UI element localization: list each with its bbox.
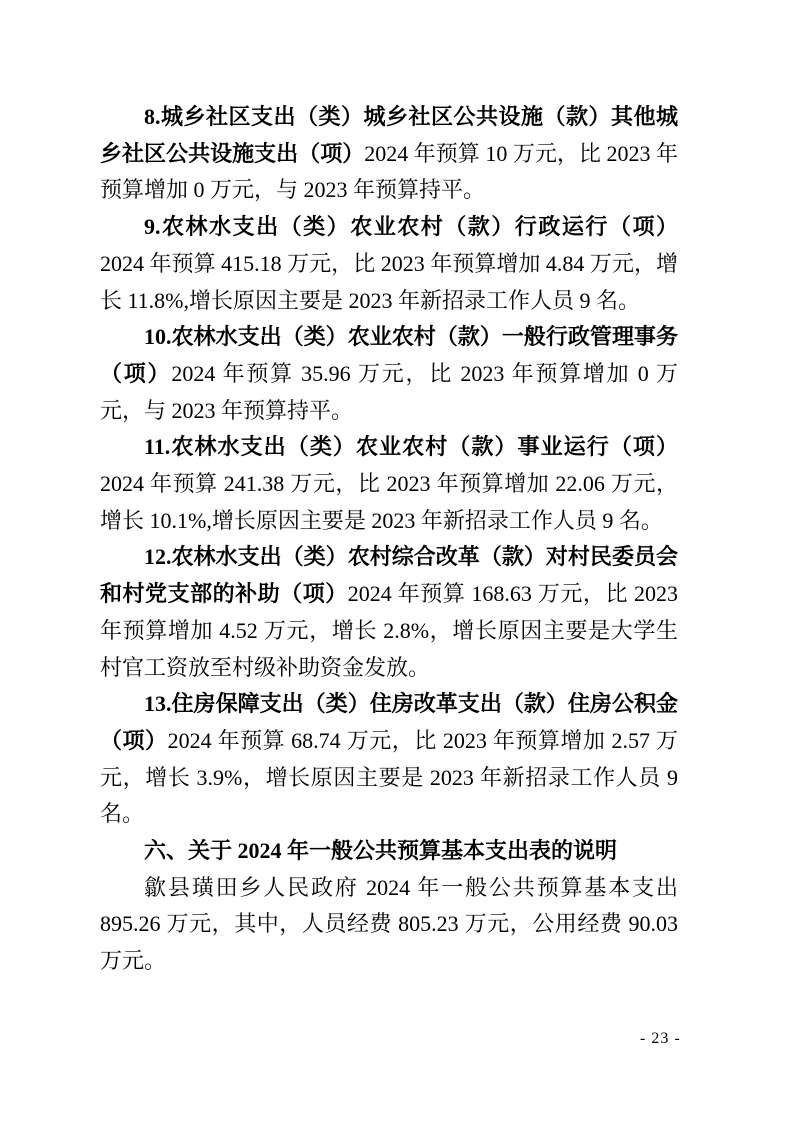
budget-item-title: 11.农林水支出（类）农业农村（款）事业运行（项） xyxy=(144,434,678,459)
page-number: - 23 - xyxy=(640,1028,681,1050)
budget-item-paragraph: 8.城乡社区支出（类）城乡社区公共设施（款）其他城乡社区公共设施支出（项）202… xyxy=(100,99,678,209)
budget-item-paragraph: 12.农林水支出（类）农村综合改革（款）对村民委员会和村党支部的补助（项）202… xyxy=(100,539,678,686)
budget-item-paragraphs: 8.城乡社区支出（类）城乡社区公共设施（款）其他城乡社区公共设施支出（项）202… xyxy=(100,99,678,833)
budget-item-paragraph: 11.农林水支出（类）农业农村（款）事业运行（项）2024 年预算 241.38… xyxy=(100,429,678,539)
budget-item-detail: 2024 年预算 241.38 万元，比 2023 年预算增加 22.06 万元… xyxy=(100,471,678,533)
budget-item-detail: 2024 年预算 68.74 万元，比 2023 年预算增加 2.57 万元，增… xyxy=(100,728,678,826)
budget-item-title: 9.农林水支出（类）农业农村（款）行政运行（项） xyxy=(144,214,678,239)
budget-item-paragraph: 10.农林水支出（类）农业农村（款）一般行政管理事务（项）2024 年预算 35… xyxy=(100,319,678,429)
budget-item-paragraph: 13.住房保障支出（类）住房改革支出（款）住房公积金（项）2024 年预算 68… xyxy=(100,686,678,833)
budget-item-detail: 2024 年预算 415.18 万元，比 2023 年预算增加 4.84 万元，… xyxy=(100,251,678,313)
section-heading: 六、关于 2024 年一般公共预算基本支出表的说明 xyxy=(100,833,678,870)
budget-item-paragraph: 9.农林水支出（类）农业农村（款）行政运行（项）2024 年预算 415.18 … xyxy=(100,209,678,319)
document-content: 8.城乡社区支出（类）城乡社区公共设施（款）其他城乡社区公共设施支出（项）202… xyxy=(100,99,678,980)
budget-item-detail: 2024 年预算 35.96 万元，比 2023 年预算增加 0 万元，与 20… xyxy=(100,361,678,423)
document-page: 8.城乡社区支出（类）城乡社区公共设施（款）其他城乡社区公共设施支出（项）202… xyxy=(0,0,793,1122)
closing-paragraph: 歙县璜田乡人民政府 2024 年一般公共预算基本支出 895.26 万元，其中，… xyxy=(100,870,678,980)
